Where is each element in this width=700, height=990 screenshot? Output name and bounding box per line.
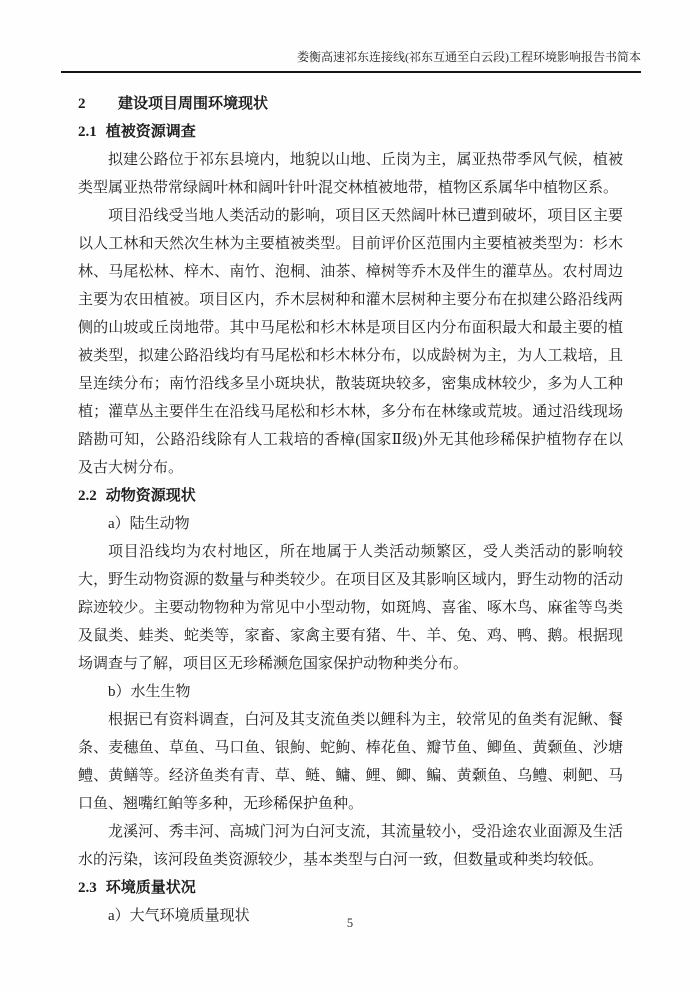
subsection-heading-2-1: 2.1植被资源调查 (78, 118, 623, 146)
subsection-heading-2-3: 2.3环境质量状况 (78, 874, 623, 902)
running-header: 娄衡高速祁东连接线(祁东互通至白云段)工程环境影响报告书简本 (61, 48, 641, 73)
subsection-heading-2-2-number: 2.2 (78, 482, 97, 510)
subsection-heading-2-3-number: 2.3 (78, 874, 97, 902)
list-item-terrestrial-animals: a）陆生动物 (78, 510, 623, 538)
subsection-heading-2-2: 2.2动物资源现状 (78, 482, 623, 510)
subsection-heading-2-1-number: 2.1 (78, 118, 97, 146)
paragraph-aquatic-fish-species: 根据已有资料调查，白河及其支流鱼类以鲤科为主，较常见的鱼类有泥鳅、餐条、麦穗鱼、… (78, 706, 623, 818)
subsection-heading-2-2-title: 动物资源现状 (106, 488, 196, 504)
subsection-heading-2-1-title: 植被资源调查 (106, 124, 196, 140)
list-item-aquatic-life: b）水生生物 (78, 678, 623, 706)
page-footer: 5 (0, 916, 700, 931)
document-page: 娄衡高速祁东连接线(祁东互通至白云段)工程环境影响报告书简本 2建设项目周围环境… (0, 0, 700, 990)
page-number: 5 (347, 916, 353, 930)
section-heading-2-title: 建设项目周围环境现状 (118, 96, 268, 112)
document-body: 2建设项目周围环境现状 2.1植被资源调查 拟建公路位于祁东县境内，地貌以山地、… (78, 90, 623, 930)
section-heading-2: 2建设项目周围环境现状 (78, 90, 623, 118)
section-heading-2-number: 2 (78, 90, 118, 118)
running-header-title: 娄衡高速祁东连接线(祁东互通至白云段)工程环境影响报告书简本 (297, 50, 641, 64)
paragraph-vegetation-overview: 拟建公路位于祁东县境内，地貌以山地、丘岗为主，属亚热带季风气候，植被类型属亚热带… (78, 146, 623, 202)
subsection-heading-2-3-title: 环境质量状况 (106, 880, 196, 896)
paragraph-tributary-rivers: 龙溪河、秀丰河、高城门河为白河支流，其流量较小，受沿途农业面源及生活水的污染，该… (78, 818, 623, 874)
paragraph-vegetation-detail: 项目沿线受当地人类活动的影响，项目区天然阔叶林已遭到破坏，项目区主要以人工林和天… (78, 202, 623, 482)
paragraph-terrestrial-animals: 项目沿线均为农村地区，所在地属于人类活动频繁区，受人类活动的影响较大，野生动物资… (78, 538, 623, 678)
